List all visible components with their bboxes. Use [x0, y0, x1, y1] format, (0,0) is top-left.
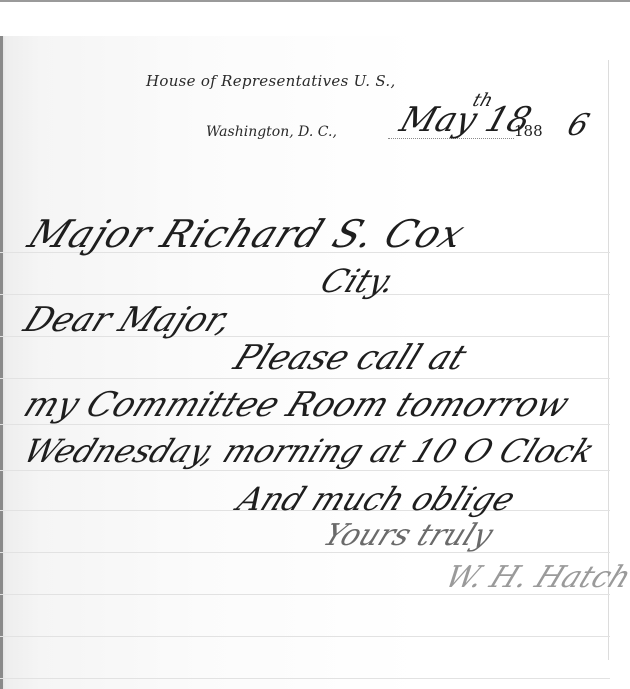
ruled-line: [0, 552, 610, 553]
signature: W. H. Hatch: [440, 560, 630, 595]
ruled-line: [0, 636, 610, 637]
ruled-line: [0, 378, 610, 379]
ruled-line: [0, 678, 610, 679]
salutation: Dear Major,: [18, 300, 238, 340]
body-line-3: Wednesday, morning at 10 O Clock: [18, 432, 600, 470]
paper-left-edge: [0, 36, 3, 689]
addressee-name: Major Richard S. Cox: [22, 212, 472, 256]
letterhead-title: House of Representatives U. S.,: [146, 72, 396, 90]
letterhead-place: Washington, D. C.,: [206, 124, 337, 140]
body-line-4: And much oblige: [232, 480, 521, 518]
scan-top-border: [0, 0, 630, 2]
ruled-line: [0, 470, 610, 471]
printed-year: 188: [514, 122, 543, 140]
body-line-2: my Committee Room tomorrow: [18, 385, 575, 425]
body-line-1: Please call at: [228, 338, 472, 378]
closing: Yours truly: [318, 518, 498, 553]
ruled-line: [0, 294, 610, 295]
